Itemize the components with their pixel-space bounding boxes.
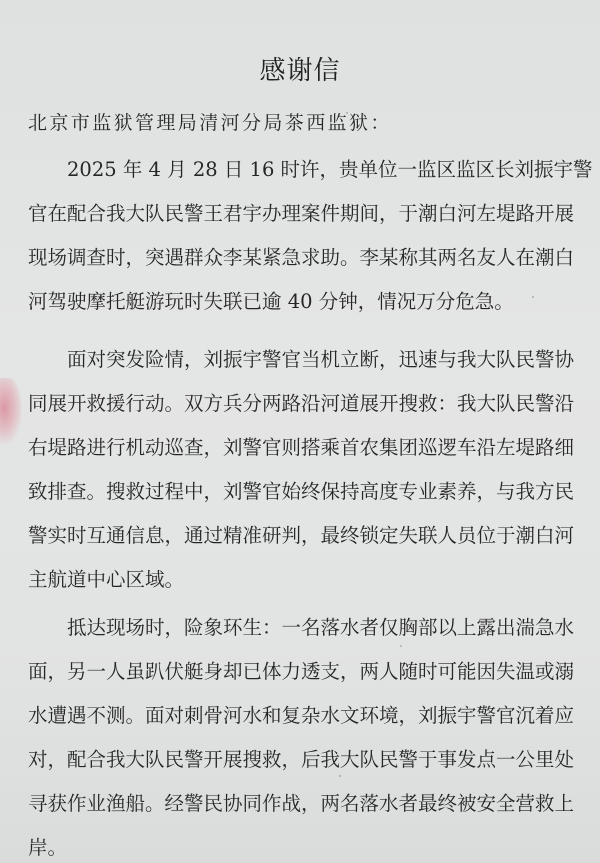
paragraph-line: 2025 年 4 月 28 日 16 时许，贵单位一监区监区长刘振宇警 [28,148,573,192]
paragraph-search: 面对突发险情，刘振宇警官当机立断，迅速与我大队民警协 同展开救援行动。双方兵分两… [28,338,573,602]
paragraph-line: 现场调查时，突遇群众李某紧急求助。李某称其两名友人在潮白 [28,236,573,280]
paragraph-line: 警实时互通信息，通过精准研判，最终锁定失联人员位于潮白河 [28,514,573,558]
letter-page: 感谢信 北京市监狱管理局清河分局茶西监狱： 2025 年 4 月 28 日 16… [0,0,600,863]
paragraph-line: 面，另一人虽趴伏艇身却已体力透支，两人随时可能因失温或溺 [28,650,573,694]
paragraph-line: 对，配合我大队民警开展搜救，后我大队民警于事发点一公里处 [28,738,573,782]
red-stamp-mark [0,378,22,444]
paragraph-line: 抵达现场时，险象环生：一名落水者仅胸部以上露出湍急水 [28,606,573,650]
letter-title: 感谢信 [0,50,600,87]
paragraph-line: 右堤路进行机动巡查，刘警官则搭乘首农集团巡逻车沿左堤路细 [28,426,573,470]
paragraph-line: 主航道中心区域。 [28,558,573,602]
paragraph-rescue: 抵达现场时，险象环生：一名落水者仅胸部以上露出湍急水 面，另一人虽趴伏艇身却已体… [28,606,573,863]
paragraph-line: 致排查。搜救过程中，刘警官始终保持高度专业素养，与我方民 [28,470,573,514]
salutation-recipient: 北京市监狱管理局清河分局茶西监狱： [28,108,392,135]
paragraph-line: 面对突发险情，刘振宇警官当机立断，迅速与我大队民警协 [28,338,573,382]
paragraph-line: 同展开救援行动。双方兵分两路沿河道展开搜救：我大队民警沿 [28,382,573,426]
paragraph-line: 河驾驶摩托艇游玩时失联已逾 40 分钟，情况万分危急。 [28,280,573,324]
paragraph-line: 水遭遇不测。面对刺骨河水和复杂水文环境，刘振宇警官沉着应 [28,694,573,738]
paragraph-incident: 2025 年 4 月 28 日 16 时许，贵单位一监区监区长刘振宇警 官在配合… [28,148,573,324]
paragraph-line: 官在配合我大队民警王君宇办理案件期间，于潮白河左堤路开展 [28,192,573,236]
paragraph-line: 寻获作业渔船。经警民协同作战，两名落水者最终被安全营救上 [28,782,573,826]
paragraph-line: 岸。 [28,826,573,863]
